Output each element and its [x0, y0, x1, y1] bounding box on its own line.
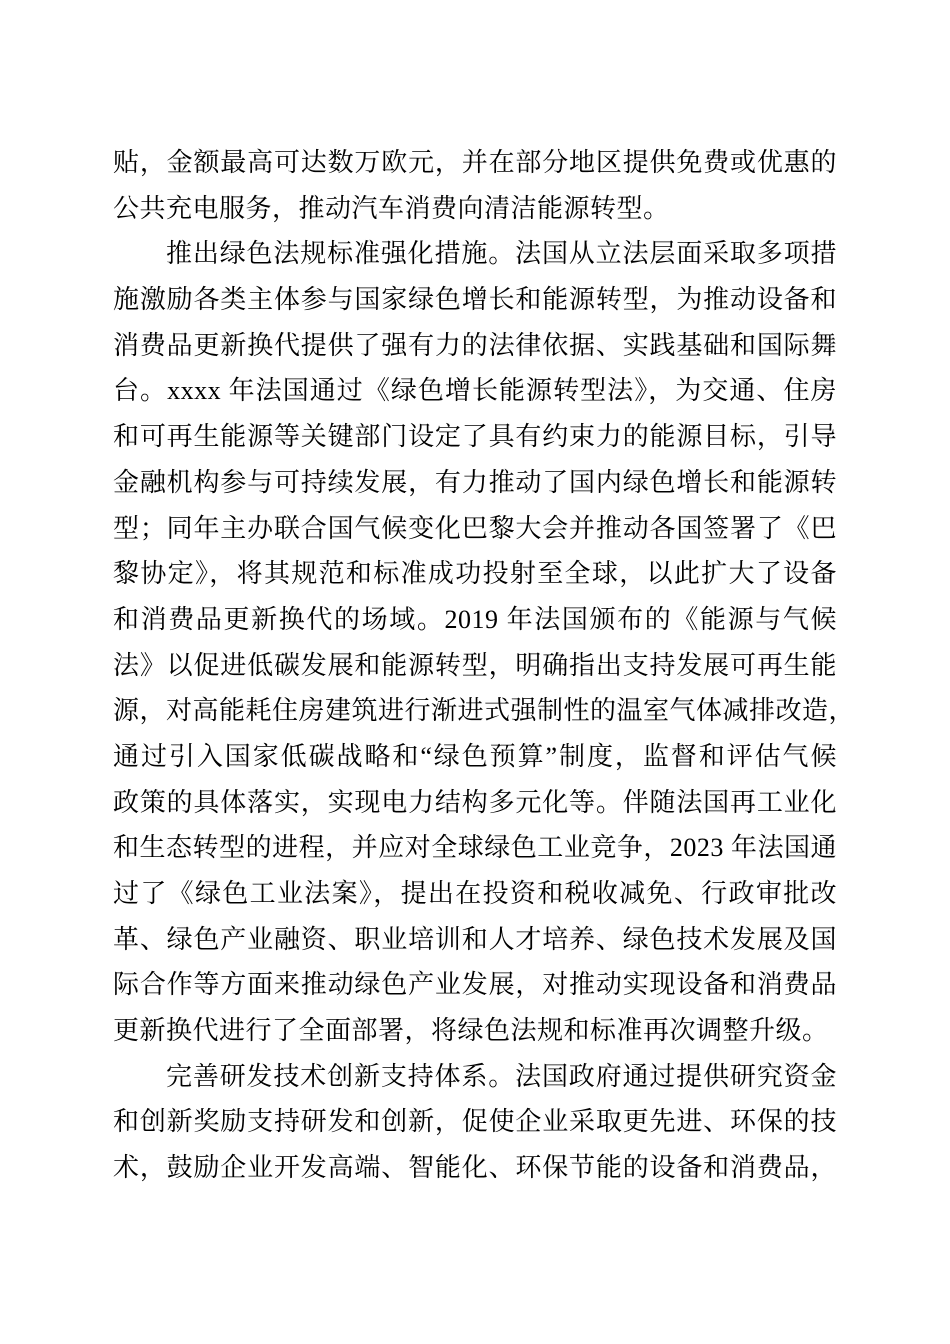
text-line: 金融机构参与可持续发展，有力推动了国内绿色增长和能源转 [113, 460, 837, 506]
text-line: 革、绿色产业融资、职业培训和人才培养、绿色技术发展及国 [113, 917, 837, 963]
document-page: 贴，金额最高可达数万欧元，并在部分地区提供免费或优惠的公共充电服务，推动汽车消费… [0, 0, 950, 1344]
paragraph: 完善研发技术创新支持体系。法国政府通过提供研究资金和创新奖励支持研发和创新，促使… [113, 1054, 837, 1191]
text-line: 完善研发技术创新支持体系。法国政府通过提供研究资金 [113, 1054, 837, 1100]
text-content: 贴，金额最高可达数万欧元，并在部分地区提供免费或优惠的公共充电服务，推动汽车消费… [113, 140, 837, 1191]
text-line: 过了《绿色工业法案》，提出在投资和税收减免、行政审批改 [113, 871, 837, 917]
text-line: 消费品更新换代提供了强有力的法律依据、实践基础和国际舞 [113, 323, 837, 369]
text-line: 政策的具体落实，实现电力结构多元化等。伴随法国再工业化 [113, 780, 837, 826]
text-line: 和可再生能源等关键部门设定了具有约束力的能源目标，引导 [113, 414, 837, 460]
text-line: 通过引入国家低碳战略和“绿色预算”制度，监督和评估气候 [113, 734, 837, 780]
text-line: 台。xxxx 年法国通过《绿色增长能源转型法》，为交通、住房 [113, 368, 837, 414]
text-line: 推出绿色法规标准强化措施。法国从立法层面采取多项措 [113, 231, 837, 277]
text-line: 法》以促进低碳发展和能源转型，明确指出支持发展可再生能 [113, 643, 837, 689]
text-line: 源，对高能耗住房建筑进行渐进式强制性的温室气体减排改造， [113, 688, 837, 734]
text-line: 和生态转型的进程，并应对全球绿色工业竞争，2023 年法国通 [113, 825, 837, 871]
paragraph: 推出绿色法规标准强化措施。法国从立法层面采取多项措施激励各类主体参与国家绿色增长… [113, 231, 837, 1053]
paragraph: 贴，金额最高可达数万欧元，并在部分地区提供免费或优惠的公共充电服务，推动汽车消费… [113, 140, 837, 231]
text-line: 黎协定》，将其规范和标准成功投射至全球，以此扩大了设备 [113, 551, 837, 597]
text-line: 型；同年主办联合国气候变化巴黎大会并推动各国签署了《巴 [113, 506, 837, 552]
text-line: 公共充电服务，推动汽车消费向清洁能源转型。 [113, 186, 837, 232]
text-line: 术，鼓励企业开发高端、智能化、环保节能的设备和消费品， [113, 1145, 837, 1191]
text-line: 和消费品更新换代的场域。2019 年法国颁布的《能源与气候 [113, 597, 837, 643]
text-line: 施激励各类主体参与国家绿色增长和能源转型，为推动设备和 [113, 277, 837, 323]
text-line: 际合作等方面来推动绿色产业发展，对推动实现设备和消费品 [113, 962, 837, 1008]
text-line: 更新换代进行了全面部署，将绿色法规和标准再次调整升级。 [113, 1008, 837, 1054]
text-line: 贴，金额最高可达数万欧元，并在部分地区提供免费或优惠的 [113, 140, 837, 186]
text-line: 和创新奖励支持研发和创新，促使企业采取更先进、环保的技 [113, 1099, 837, 1145]
